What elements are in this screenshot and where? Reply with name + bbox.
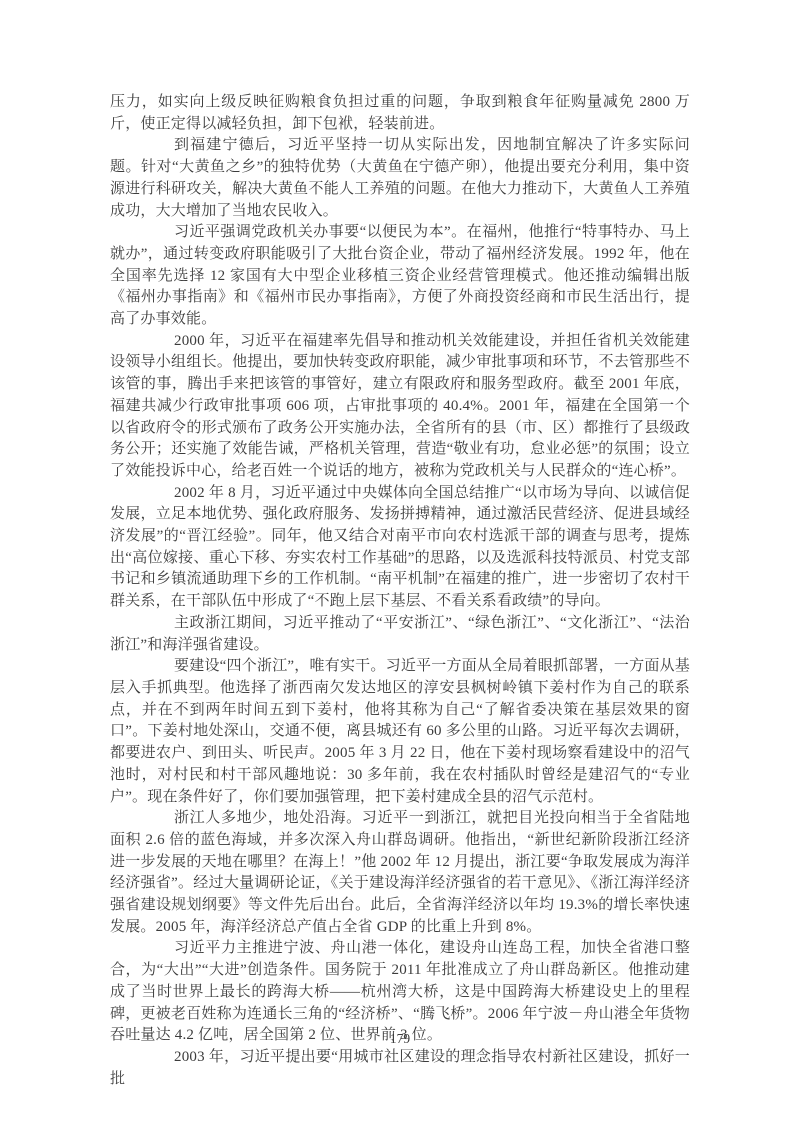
document-page: 压力，如实向上级反映征购粮食负担过重的问题，争取到粮食年征购量减免 2800 万…	[0, 0, 800, 1131]
text-block: 压力，如实向上级反映征购粮食负担过重的问题，争取到粮食年征购量减免 2800 万…	[110, 92, 690, 1090]
paragraph: 2003 年，习近平提出要“用城市社区建设的理念指导农村新社区建设，抓好一批	[110, 1047, 690, 1090]
paragraph: 浙江人多地少，地处沿海。习近平一到浙江，就把目光投向相当于全省陆地面积 2.6 …	[110, 808, 690, 938]
paragraph: 2002 年 8 月，习近平通过中央媒体向全国总结推广“以市场为导向、以诚信促发…	[110, 483, 690, 613]
page-number: 179	[0, 1031, 800, 1047]
paragraph: 要建设“四个浙江”，唯有实干。习近平一方面从全局着眼抓部署，一方面从基层入手抓典…	[110, 656, 690, 808]
paragraph: 习近平强调党政机关办事要“以便民为本”。在福州，他推行“特事特办、马上就办”，通…	[110, 222, 690, 331]
paragraph: 到福建宁德后，习近平坚持一切从实际出发，因地制宜解决了许多实际问题。针对“大黄鱼…	[110, 135, 690, 222]
paragraph: 压力，如实向上级反映征购粮食负担过重的问题，争取到粮食年征购量减免 2800 万…	[110, 92, 690, 135]
paragraph: 2000 年，习近平在福建率先倡导和推动机关效能建设，并担任省机关效能建设领导小…	[110, 331, 690, 483]
paragraph: 主政浙江期间，习近平推动了“平安浙江”、“绿色浙江”、“文化浙江”、“法治浙江”…	[110, 613, 690, 656]
